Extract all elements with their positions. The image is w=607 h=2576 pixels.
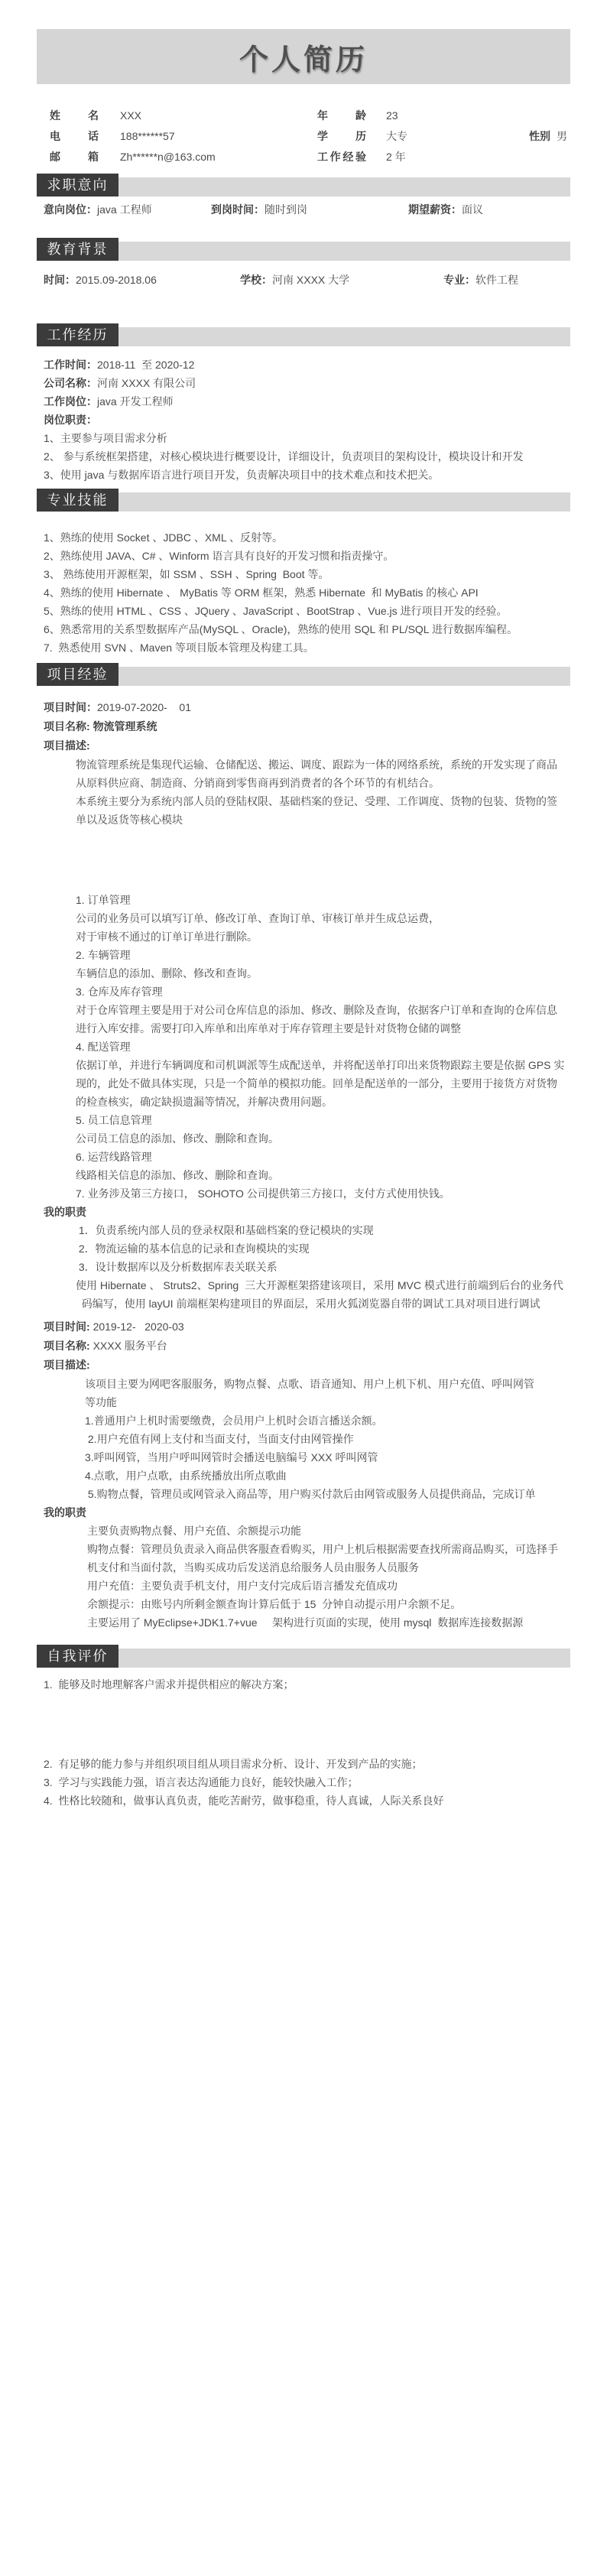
my-duty-line: 3．设计数据库以及分析数据库表关联关系	[37, 1258, 570, 1276]
skills-list: 1、熟练的使用 Socket 、JDBC 、XML 、反射等。 2、熟练使用 J…	[37, 528, 570, 657]
field-label: 项目名称:	[44, 720, 90, 733]
project-name: 项目名称: 物流管理系统	[37, 717, 570, 736]
info-row: 电话188******57	[50, 126, 216, 147]
field-value: 河南 XXXX 有限公司	[97, 377, 196, 389]
section-header-self-eval: 自我评价	[37, 1645, 570, 1668]
field-label: 学校：	[240, 274, 272, 286]
project-module-line: 对于审核不通过的订单订单进行删除。	[37, 927, 570, 946]
field-label: 时间：	[44, 274, 76, 286]
my-duty-line: 主要运用了 MyEclipse+JDK1.7+vue 架构进行页面的实现，使用 …	[37, 1613, 570, 1632]
project-module-line: 4. 配送管理	[37, 1038, 570, 1056]
info-label: 学历	[317, 126, 366, 147]
resume-page: 个人简历 姓名XXX 电话188******57 邮箱Zh******n@163…	[0, 29, 607, 1810]
intent-salary: 期望薪资：面议	[408, 203, 483, 216]
field-value: 河南 XXXX 大学	[272, 274, 349, 286]
section-header-job-intent: 求职意向	[37, 174, 570, 197]
info-label: 工作经验	[317, 147, 366, 167]
my-duty-line: 机支付和当面付款，当购买成功后发送消息给服务人员由服务人员服务	[37, 1558, 570, 1577]
field-value: 2019-07-2020- 01	[97, 701, 191, 713]
my-duty-line: 码编写，使用 layUI 前端框架构建项目的界面层，采用火狐浏览器自带的调试工具…	[37, 1294, 570, 1313]
section-title: 教育背景	[37, 238, 118, 261]
work-duties: 1、主要参与项目需求分析 2、 参与系统框架搭建，对核心模块进行概要设计，详细设…	[37, 429, 570, 484]
info-label: 邮箱	[50, 147, 99, 167]
work-field-row: 公司名称：河南 XXXX 有限公司	[37, 374, 570, 392]
section-title: 项目经验	[37, 663, 118, 686]
project-modules: 1. 订单管理公司的业务员可以填写订单、修改订单、查询订单、审核订单并生成总运费…	[37, 891, 570, 1203]
project-module-line: 7. 业务涉及第三方接口， SOHOTO 公司提供第三方接口，支付方式使用快钱。	[37, 1184, 570, 1203]
my-duty-line: 购物点餐：管理员负责录入商品供客服查看购买，用户上机后根据需要查找所需商品购买，…	[37, 1540, 570, 1558]
self-eval-item: 1. 能够及时地理解客户需求并提供相应的解决方案；	[37, 1675, 570, 1694]
work-duty-label: 岗位职责：	[37, 411, 570, 429]
section-header-work: 工作经历	[37, 323, 570, 346]
project-2: 项目时间: 2019-12- 2020-03 项目名称: XXXX 服务平台 项…	[37, 1317, 570, 1632]
my-duty-line: 用户充值：主要负责手机支付，用户支付完成后语言播发充值成功	[37, 1577, 570, 1595]
field-value: 2015.09-2018.06	[76, 274, 157, 286]
self-eval-list: 2. 有足够的能力参与并组织项目组从项目需求分析、设计、开发到产品的实施；3. …	[37, 1755, 570, 1810]
project-time: 项目时间: 2019-12- 2020-03	[37, 1317, 570, 1337]
work-duty-item: 3、使用 java 与数据库语言进行项目开发，负责解决项目中的技术难点和技术把关…	[37, 466, 570, 484]
edu-major: 专业：软件工程	[443, 273, 518, 287]
section-title: 工作经历	[37, 323, 118, 346]
field-label: 专业：	[443, 274, 476, 286]
field-value: 物流管理系统	[93, 720, 157, 733]
info-row: 学历大专	[317, 126, 407, 147]
skill-item: 3、 熟练使用开源框架，如 SSM 、SSH 、Spring Boot 等。	[37, 565, 570, 583]
project-desc-line: 5.购物点餐，管理员或网管录入商品等，用户购买付款后由网管或服务人员提供商品，完…	[37, 1485, 570, 1503]
field-value: 随时到岗	[265, 203, 307, 216]
project-name: 项目名称: XXXX 服务平台	[37, 1337, 570, 1356]
project-desc-line: 从原料供应商、制造商、分销商到零售商再到消费者的各个环节的有机结合。	[37, 774, 570, 792]
info-label: 电话	[50, 126, 99, 147]
work-block: 工作时间：2018-11 至 2020-12 公司名称：河南 XXXX 有限公司…	[37, 356, 570, 484]
my-duty-line: 主要负责购物点餐、用户充值、余额提示功能	[37, 1522, 570, 1540]
basic-info-left: 姓名XXX 电话188******57 邮箱Zh******n@163.com	[50, 106, 216, 167]
work-duty-item: 1、主要参与项目需求分析	[37, 429, 570, 447]
project-desc-line: 该项目主要为网吧客服服务，购物点餐、点歌、语音通知、用户上机下机、用户充值、呼叫…	[37, 1375, 570, 1393]
job-intent-fields: 意向岗位：java 工程师 到岗时间：随时到岗 期望薪资：面议	[37, 203, 570, 216]
section-header-skills: 专业技能	[37, 489, 570, 512]
skill-item: 1、熟练的使用 Socket 、JDBC 、XML 、反射等。	[37, 528, 570, 547]
my-duty-label: 我的职责	[37, 1203, 570, 1221]
project-module-line: 3. 仓库及库存管理	[37, 983, 570, 1001]
info-value: 大专	[386, 130, 407, 142]
info-value: Zh******n@163.com	[120, 151, 216, 163]
project-module-line: 依据订单，并进行车辆调度和司机调派等生成配送单，并将配送单打印出来货物跟踪主要是…	[37, 1056, 570, 1074]
gender-value: 男	[557, 130, 567, 142]
section-header-education: 教育背景	[37, 238, 570, 261]
project-desc: 该项目主要为网吧客服服务，购物点餐、点歌、语音通知、用户上机下机、用户充值、呼叫…	[37, 1375, 570, 1503]
info-label: 姓名	[50, 106, 99, 126]
skill-item: 5、熟练的使用 HTML 、CSS 、JQuery 、JavaScript 、B…	[37, 602, 570, 620]
info-value: 23	[386, 109, 398, 122]
project-module-line: 公司员工信息的添加、修改、删除和查询。	[37, 1129, 570, 1148]
project-module-line: 车辆信息的添加、删除、修改和查询。	[37, 964, 570, 983]
field-value: XXXX 服务平台	[93, 1340, 167, 1352]
field-label: 工作时间：	[44, 359, 97, 371]
work-fields: 工作时间：2018-11 至 2020-12 公司名称：河南 XXXX 有限公司…	[37, 356, 570, 411]
info-row: 姓名XXX	[50, 106, 216, 126]
title-banner: 个人简历	[37, 29, 570, 84]
field-label: 项目描述:	[44, 739, 90, 752]
project-module-line: 1. 订单管理	[37, 891, 570, 909]
info-value: XXX	[120, 109, 141, 122]
my-duty-line: 使用 Hibernate 、 Struts2、Spring 三大开源框架搭建该项…	[37, 1276, 570, 1294]
my-duties: 主要负责购物点餐、用户充值、余额提示功能购物点餐：管理员负责录入商品供客服查看购…	[37, 1522, 570, 1632]
info-value: 188******57	[120, 130, 175, 142]
field-label: 项目时间：	[44, 701, 97, 713]
project-desc-label: 项目描述:	[37, 736, 570, 755]
field-label: 项目描述:	[44, 1359, 90, 1371]
field-value: 面议	[462, 203, 483, 216]
intent-position: 意向岗位：java 工程师	[44, 203, 152, 216]
field-label: 项目时间:	[44, 1320, 90, 1333]
project-desc-line: 单以及返货等核心模块	[37, 810, 570, 829]
skill-item: 6、熟悉常用的关系型数据库产品(MySQL 、Oracle)，熟练的使用 SQL…	[37, 620, 570, 638]
project-desc-line: 4.点歌，用户点歌，由系统播放出所点歌曲	[37, 1467, 570, 1485]
project-module-line: 进行入库安排。需要打印入库单和出库单对于库存管理主要是针对货物仓储的调整	[37, 1019, 570, 1038]
self-eval-item: 2. 有足够的能力参与并组织项目组从项目需求分析、设计、开发到产品的实施；	[37, 1755, 570, 1773]
field-value: java 开发工程师	[97, 395, 174, 408]
gender-label: 性别	[529, 130, 550, 142]
field-label: 期望薪资：	[408, 203, 462, 216]
field-label: 公司名称：	[44, 377, 97, 389]
project-module-line: 6. 运营线路管理	[37, 1148, 570, 1166]
info-row: 年龄23	[317, 106, 407, 126]
project-module-line: 现的，此处不做具体实现，只是一个简单的模拟功能。回单是配送单的一部分，主要用于接…	[37, 1074, 570, 1093]
section-title: 自我评价	[37, 1645, 118, 1668]
education-fields: 时间：2015.09-2018.06 学校：河南 XXXX 大学 专业：软件工程	[37, 273, 570, 287]
basic-info: 姓名XXX 电话188******57 邮箱Zh******n@163.com …	[37, 106, 570, 167]
my-duty-line: 2．物流运输的基本信息的记录和查询模块的实现	[37, 1239, 570, 1258]
project-desc-label: 项目描述:	[37, 1356, 570, 1375]
basic-info-middle: 年龄23 学历大专 工作经验2 年	[317, 106, 407, 167]
project-1: 项目时间：2019-07-2020- 01 项目名称: 物流管理系统 项目描述:…	[37, 698, 570, 1313]
edu-school: 学校：河南 XXXX 大学	[240, 273, 349, 287]
project-desc-line: 本系统主要分为系统内部人员的登陆权限、基础档案的登记、受理、工作调度、货物的包装…	[37, 792, 570, 810]
project-desc-line: 3.呼叫网管，当用户呼叫网管时会播送电脑编号 XXX 呼叫网管	[37, 1448, 570, 1467]
project-module-line: 5. 员工信息管理	[37, 1111, 570, 1129]
project-desc-line: 等功能	[37, 1393, 570, 1411]
project-module-line: 对于仓库管理主要是用于对公司仓库信息的添加、修改、删除及查询，依据客户订单和查询…	[37, 1001, 570, 1019]
info-label: 年龄	[317, 106, 366, 126]
project-module-line: 2. 车辆管理	[37, 946, 570, 964]
info-row: 工作经验2 年	[317, 147, 407, 167]
field-label: 工作岗位：	[44, 395, 97, 408]
project-module-line: 的检查核实，确定缺损遗漏等情况，并解决费用问题。	[37, 1093, 570, 1111]
project-desc: 物流管理系统是集现代运输、仓储配送、搬运、调度、跟踪为一体的网络系统，系统的开发…	[37, 755, 570, 829]
field-value: 2019-12- 2020-03	[93, 1320, 184, 1333]
my-duty-line: 1．负责系统内部人员的登录权限和基础档案的登记模块的实现	[37, 1221, 570, 1239]
field-label: 到岗时间：	[211, 203, 265, 216]
field-value: 软件工程	[476, 274, 518, 286]
my-duty-line: 余额提示：由账号内所剩金额查询计算后低于 15 分钟自动提示用户余额不足。	[37, 1595, 570, 1613]
my-duties: 1．负责系统内部人员的登录权限和基础档案的登记模块的实现 2．物流运输的基本信息…	[37, 1221, 570, 1313]
project-desc-line: 1.普通用户上机时需要缴费，会员用户上机时会语言播送余额。	[37, 1411, 570, 1430]
skill-item: 2、熟练使用 JAVA、C# 、Winform 语言具有良好的开发习惯和指责操守…	[37, 547, 570, 565]
work-field-row: 工作岗位：java 开发工程师	[37, 392, 570, 411]
field-value: java 工程师	[97, 203, 152, 216]
gender-field: 性别男	[529, 126, 567, 147]
field-label: 意向岗位：	[44, 203, 97, 216]
page-title: 个人简历	[239, 36, 368, 78]
project-module-line: 公司的业务员可以填写订单、修改订单、查询订单、审核订单并生成总运费，	[37, 909, 570, 927]
project-desc-line: 2.用户充值有网上支付和当面支付，当面支付由网管操作	[37, 1430, 570, 1448]
info-row: 邮箱Zh******n@163.com	[50, 147, 216, 167]
work-field-row: 工作时间：2018-11 至 2020-12	[37, 356, 570, 374]
field-label: 项目名称:	[44, 1340, 90, 1352]
project-desc-line: 物流管理系统是集现代运输、仓储配送、搬运、调度、跟踪为一体的网络系统，系统的开发…	[37, 755, 570, 774]
self-eval-item: 4. 性格比较随和，做事认真负责，能吃苦耐劳，做事稳重，待人真诚，人际关系良好	[37, 1792, 570, 1810]
self-eval-item: 3. 学习与实践能力强，语言表达沟通能力良好，能较快融入工作；	[37, 1773, 570, 1792]
edu-time: 时间：2015.09-2018.06	[44, 273, 157, 287]
intent-available-time: 到岗时间：随时到岗	[211, 203, 307, 216]
skill-item: 7. 熟悉使用 SVN 、Maven 等项目版本管理及构建工具。	[37, 638, 570, 657]
work-duty-item: 2、 参与系统框架搭建，对核心模块进行概要设计，详细设计，负责项目的架构设计，模…	[37, 447, 570, 466]
skill-item: 4、熟练的使用 Hibernate 、 MyBatis 等 ORM 框架，熟悉 …	[37, 583, 570, 602]
section-title: 求职意向	[37, 174, 118, 197]
section-header-projects: 项目经验	[37, 663, 570, 686]
project-time: 项目时间：2019-07-2020- 01	[37, 698, 570, 717]
info-value: 2 年	[386, 151, 406, 163]
my-duty-label: 我的职责	[37, 1503, 570, 1522]
project-module-line: 线路相关信息的添加、修改、删除和查询。	[37, 1166, 570, 1184]
field-value: 2018-11 至 2020-12	[97, 359, 194, 371]
section-title: 专业技能	[37, 489, 118, 512]
